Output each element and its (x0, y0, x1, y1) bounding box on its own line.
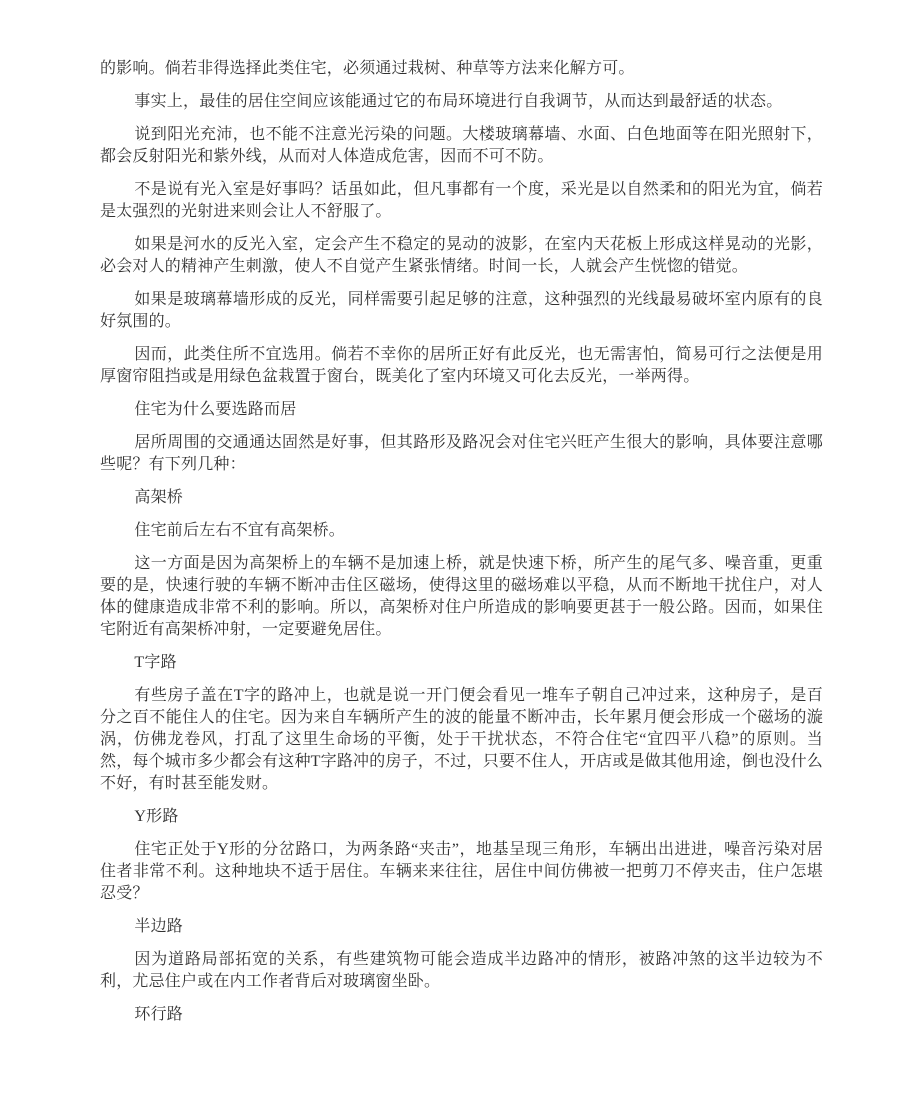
paragraph: 住宅前后左右不宜有高架桥。 (100, 520, 823, 542)
paragraph: 如果是河水的反光入室，定会产生不稳定的晃动的波影，在室内天花板上形成这样晃动的光… (100, 234, 823, 278)
paragraph: 如果是玻璃幕墙形成的反光，同样需要引起足够的注意，这种强烈的光线最易破坏室内原有… (100, 289, 823, 333)
section-heading: 住宅为什么要选路而居 (100, 399, 823, 421)
paragraph: 事实上，最佳的居住空间应该能通过它的布局环境进行自我调节，从而达到最舒适的状态。 (100, 91, 823, 113)
paragraph: 说到阳光充沛，也不能不注意光污染的问题。大楼玻璃幕墙、水面、白色地面等在阳光照射… (100, 124, 823, 168)
paragraph: 住宅正处于Y形的分岔路口，为两条路“夹击”，地基呈现三角形，车辆出出进进，噪音污… (100, 839, 823, 905)
section-heading: 环行路 (100, 1004, 823, 1026)
paragraph: 不是说有光入室是好事吗？话虽如此，但凡事都有一个度，采光是以自然柔和的阳光为宜，… (100, 179, 823, 223)
section-heading: 半边路 (100, 916, 823, 938)
paragraph: 因而，此类住所不宜选用。倘若不幸你的居所正好有此反光，也无需害怕，简易可行之法便… (100, 344, 823, 388)
paragraph: 因为道路局部拓宽的关系，有些建筑物可能会造成半边路冲的情形，被路冲煞的这半边较为… (100, 949, 823, 993)
paragraph: 有些房子盖在T字的路冲上，也就是说一开门便会看见一堆车子朝自己冲过来，这种房子，… (100, 685, 823, 795)
paragraph: 居所周围的交通通达固然是好事，但其路形及路况会对住宅兴旺产生很大的影响，具体要注… (100, 432, 823, 476)
section-heading: 高架桥 (100, 487, 823, 509)
document-content: 的影响。倘若非得选择此类住宅，必须通过栽树、种草等方法来化解方可。事实上，最佳的… (100, 58, 823, 1026)
section-heading: Y形路 (100, 806, 823, 828)
paragraph: 这一方面是因为高架桥上的车辆不是加速上桥，就是快速下桥，所产生的尾气多、噪音重，… (100, 553, 823, 641)
paragraph: 的影响。倘若非得选择此类住宅，必须通过栽树、种草等方法来化解方可。 (100, 58, 823, 80)
section-heading: T字路 (100, 652, 823, 674)
document-page: 的影响。倘若非得选择此类住宅，必须通过栽树、种草等方法来化解方可。事实上，最佳的… (0, 0, 918, 1112)
